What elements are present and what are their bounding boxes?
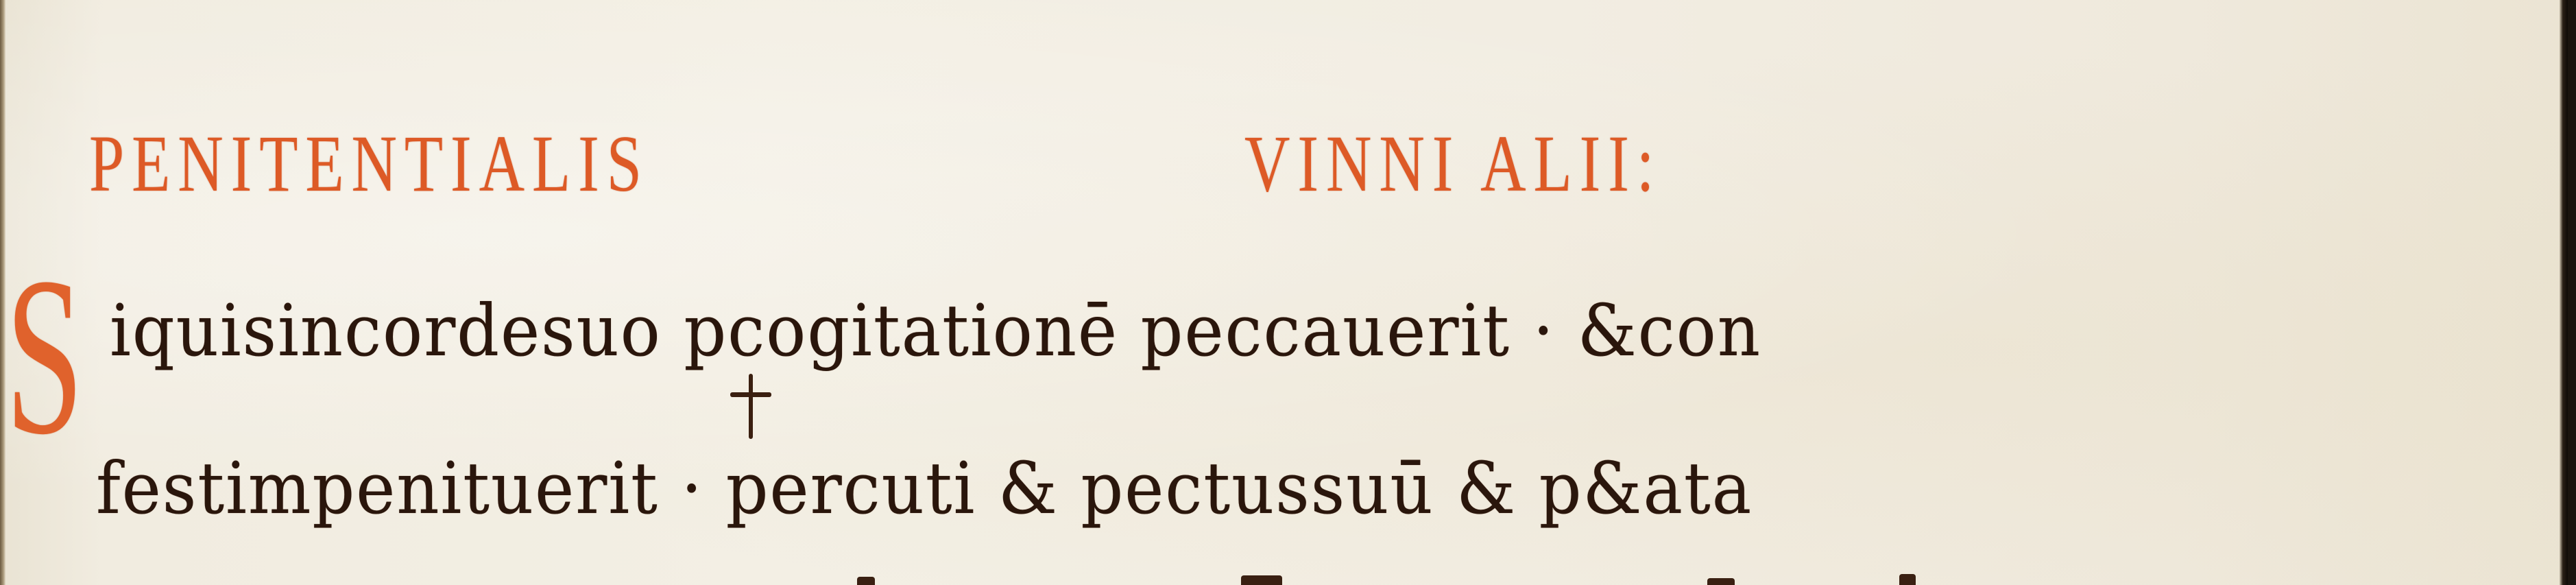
per-abbreviation-cross-stroke — [749, 374, 753, 439]
manuscript-page: PENITENTIALIS VINNI ALII: S iquisincorde… — [0, 0, 2568, 585]
cut-off-next-line — [857, 573, 2023, 585]
rubric-heading-part2: VINNI ALII: — [1244, 123, 1661, 204]
page-right-edge — [2560, 0, 2568, 585]
decorated-initial-letter: S — [5, 243, 84, 470]
per-abbreviation-cross-bar — [730, 392, 771, 397]
rubric-heading-part1: PENITENTIALIS — [89, 123, 649, 204]
text-line-1: iquisincordesuo pcogitationē peccauerit … — [110, 295, 1761, 366]
page-left-edge — [0, 0, 5, 585]
text-line-2: festimpenituerit · percuti & pectussuū &… — [96, 453, 1753, 524]
